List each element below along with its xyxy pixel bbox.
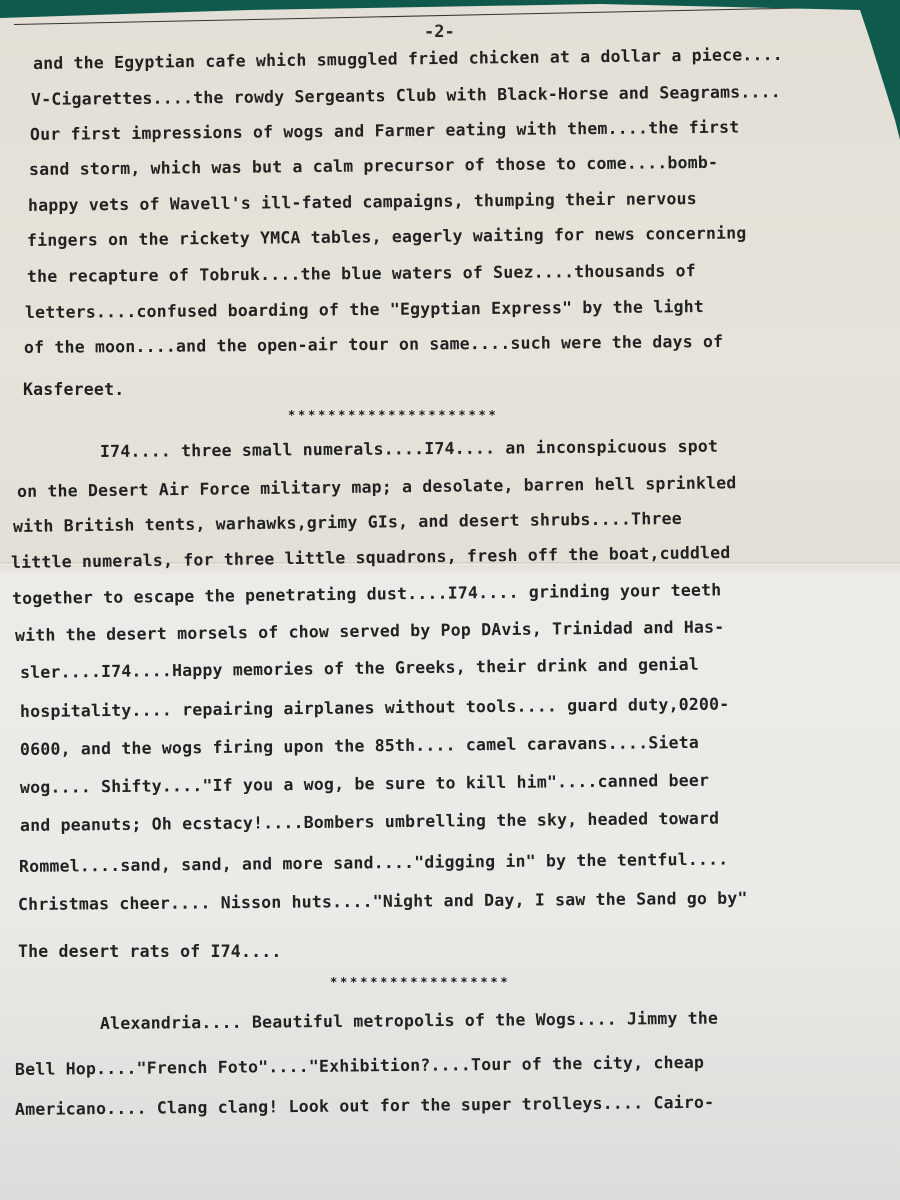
text-line: the recapture of Tobruk....the blue wate… xyxy=(27,261,696,286)
text-line: happy vets of Wavell's ill-fated campaig… xyxy=(28,189,697,215)
text-line: with British tents, warhawks,grimy GIs, … xyxy=(13,509,682,536)
text-line: Kasfereet. xyxy=(23,380,124,399)
text-line: 0600, and the wogs firing upon the 85th.… xyxy=(20,733,699,759)
text-line: together to escape the penetrating dust.… xyxy=(12,580,722,608)
text-line: Alexandria.... Beautiful metropolis of t… xyxy=(100,1009,718,1033)
text-line: Bell Hop...."French Foto"...."Exhibition… xyxy=(15,1053,704,1079)
text-line: of the moon....and the open-air tour on … xyxy=(24,332,723,357)
text-line: with the desert morsels of chow served b… xyxy=(15,617,725,645)
text-line: I74.... three small numerals....I74.... … xyxy=(100,437,718,461)
text-line: Our first impressions of wogs and Farmer… xyxy=(30,118,740,144)
text-line: The desert rats of I74.... xyxy=(18,942,281,961)
text-line: and the Egyptian cafe which smuggled fri… xyxy=(33,45,783,73)
text-line: wog.... Shifty...."If you a wog, be sure… xyxy=(20,771,709,797)
text-line: hospitality.... repairing airplanes with… xyxy=(20,695,730,721)
text-line: V-Cigarettes....the rowdy Sergeants Club… xyxy=(31,82,781,109)
text-line: letters....confused boarding of the "Egy… xyxy=(25,297,704,322)
text-line: sler....I74....Happy memories of the Gre… xyxy=(20,655,699,682)
page-number: -2- xyxy=(424,22,455,42)
text-line: on the Desert Air Force military map; a … xyxy=(17,473,737,501)
typewritten-page: -2- and the Egyptian cafe which smuggled… xyxy=(0,0,900,1200)
text-line: and peanuts; Oh ecstacy!....Bombers umbr… xyxy=(20,809,719,835)
text-line: little numerals, for three little squadr… xyxy=(11,543,731,572)
text-line: fingers on the rickety YMCA tables, eage… xyxy=(27,223,747,250)
text-line: sand storm, which was but a calm precurs… xyxy=(29,153,718,179)
section-separator: ********************* xyxy=(288,408,499,422)
section-separator: ****************** xyxy=(330,975,510,989)
text-line: Rommel....sand, sand, and more sand...."… xyxy=(19,850,729,876)
text-line: Americano.... Clang clang! Look out for … xyxy=(15,1093,714,1119)
text-line: Christmas cheer.... Nisson huts...."Nigh… xyxy=(18,889,748,914)
